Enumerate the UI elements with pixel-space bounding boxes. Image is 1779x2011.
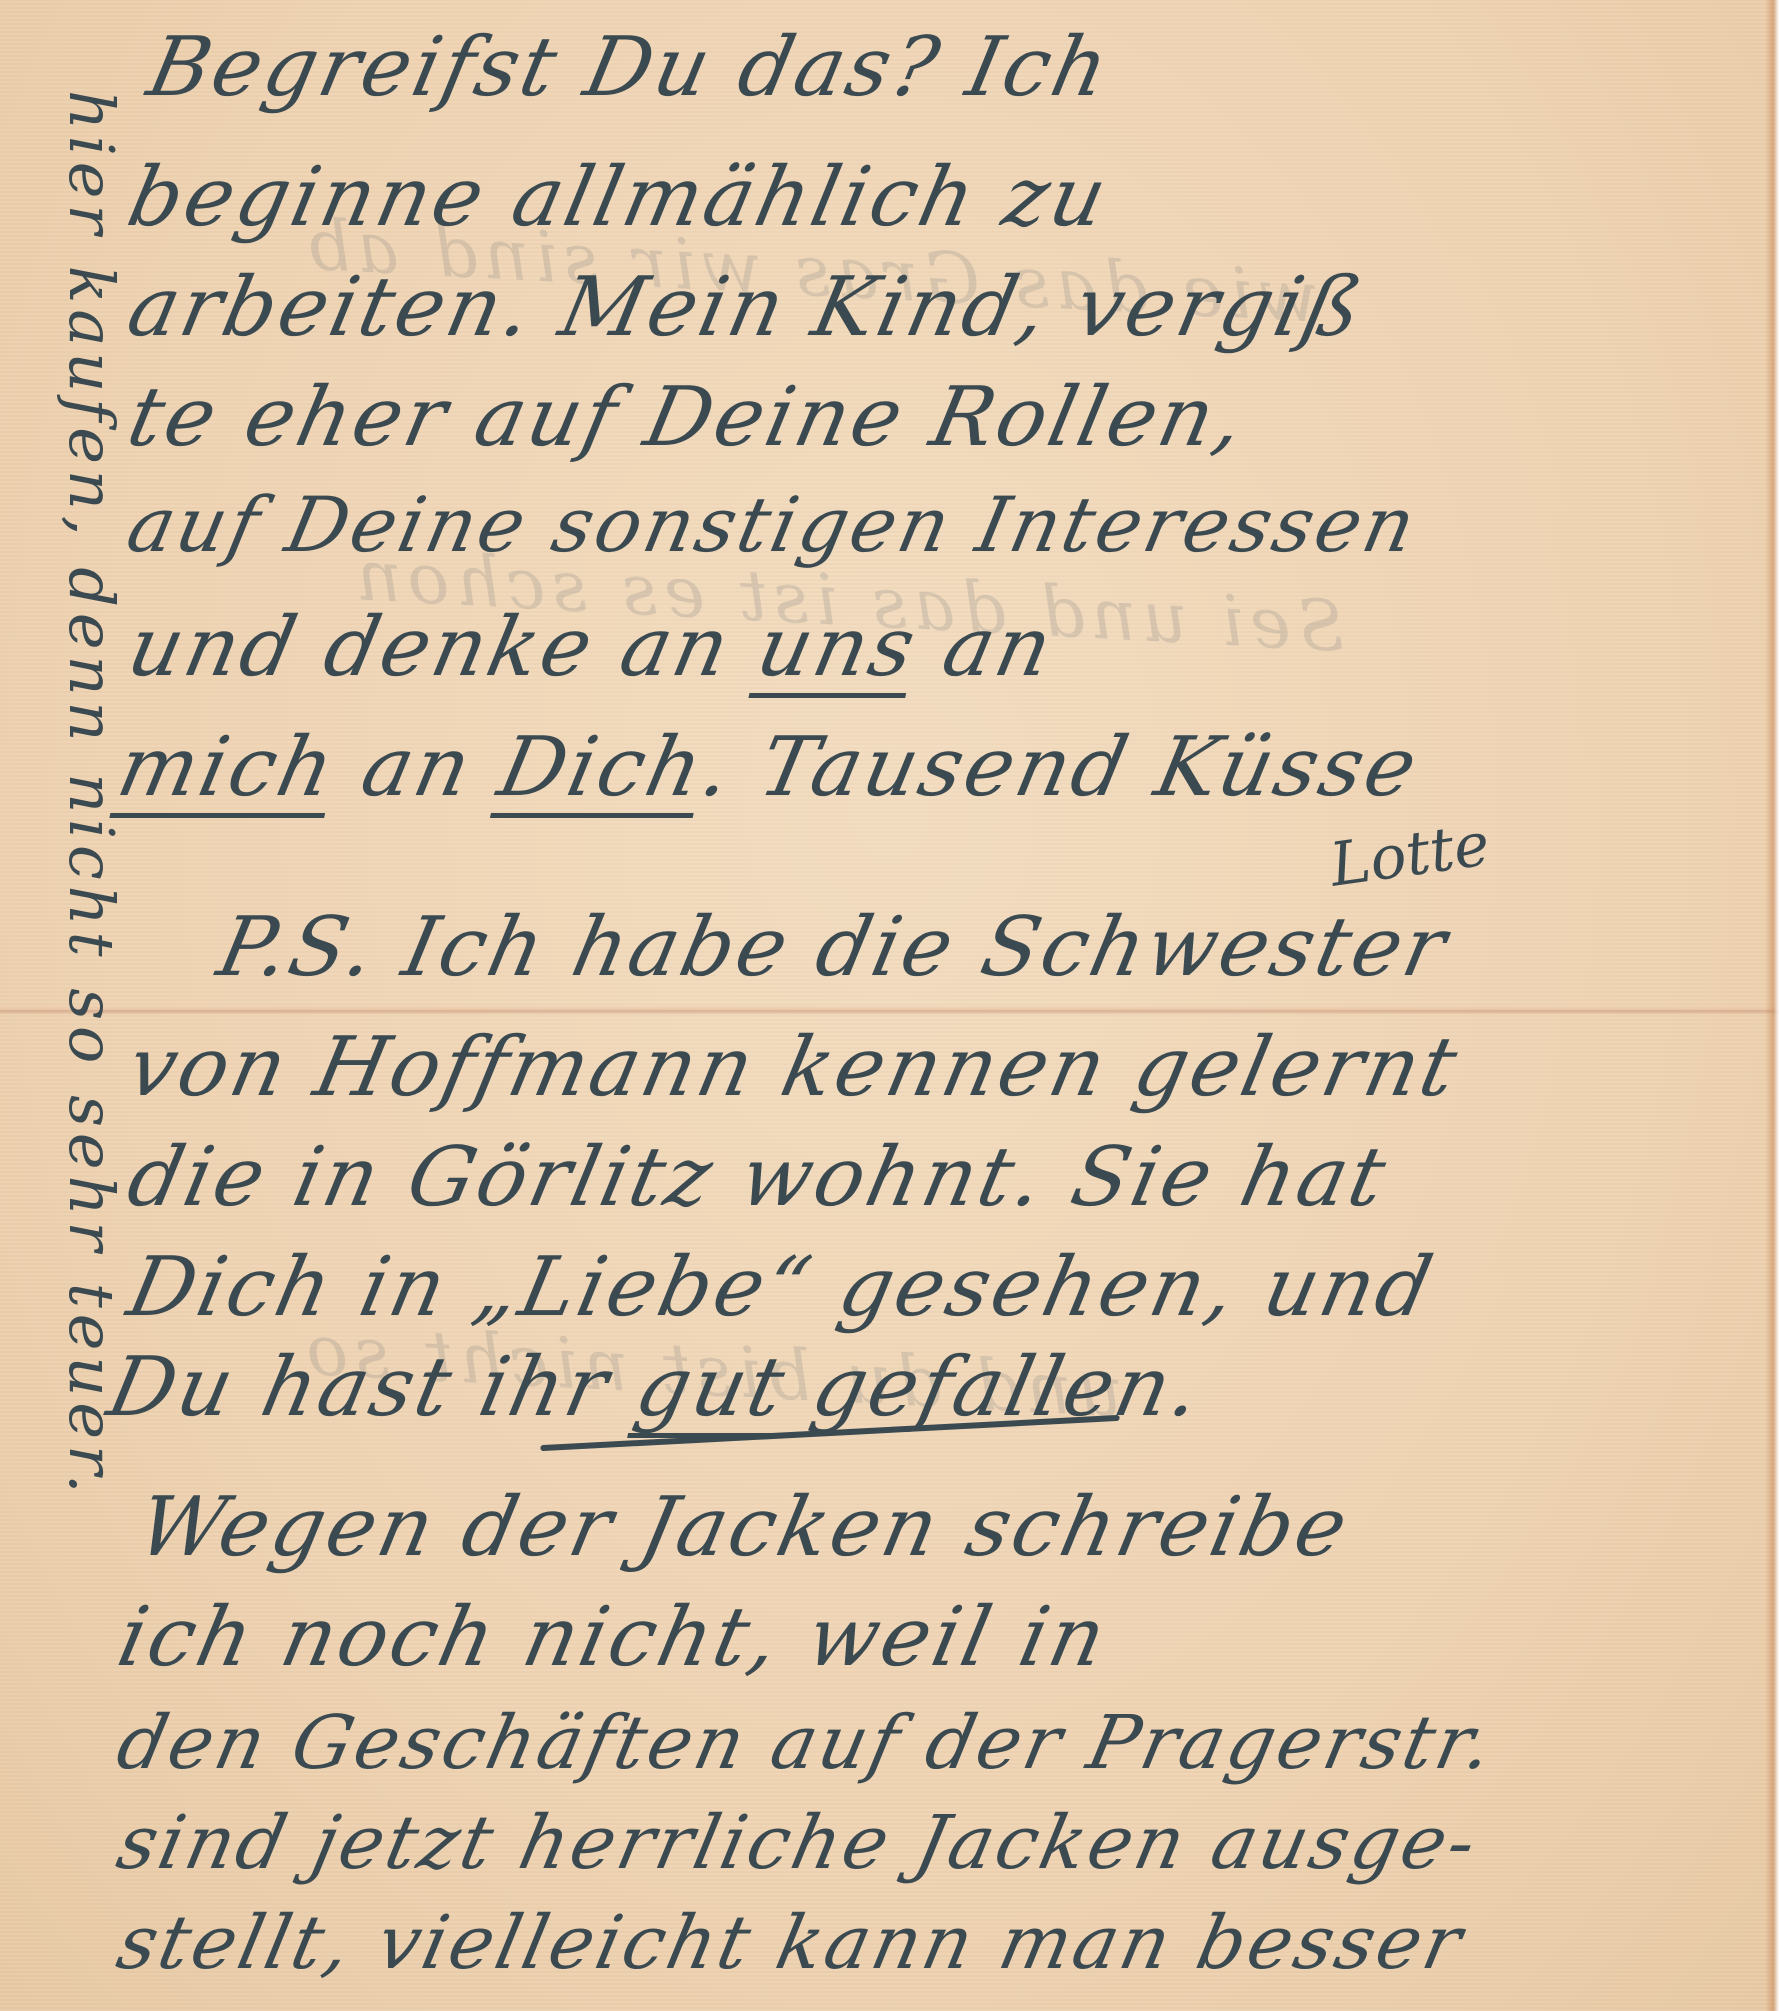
letter-line-5: auf Deine sonstigen Interessen bbox=[120, 480, 1426, 569]
letter-line-1: Begreifst Du das? Ich bbox=[140, 20, 1119, 115]
letter-line-3: arbeiten. Mein Kind, vergiß bbox=[120, 260, 1373, 355]
letter-line-15: den Geschäften auf der Pragerstr. bbox=[110, 1700, 1503, 1786]
line-text: an bbox=[906, 600, 1063, 695]
line-text: an bbox=[325, 720, 511, 815]
line-text: und denke an bbox=[120, 600, 769, 695]
torn-paper-edge bbox=[1765, 0, 1779, 2011]
line-text: Du hast ihr bbox=[100, 1340, 648, 1435]
letter-line-9: von Hoffmann kennen gelernt bbox=[120, 1020, 1468, 1115]
letter-line-4: te eher auf Deine Rollen, bbox=[120, 370, 1255, 465]
letter-line-10: die in Görlitz wohnt. Sie hat bbox=[120, 1130, 1396, 1225]
underlined-word: uns bbox=[749, 600, 926, 695]
letter-line-14: ich noch nicht, weil in bbox=[110, 1590, 1116, 1685]
paper-fold-line bbox=[0, 1005, 1779, 1015]
letter-line-7: mich an Dich. Tausend Küsse bbox=[110, 720, 1428, 815]
letter-page: wie das Gras wir sind ab Sei und das ist… bbox=[0, 0, 1779, 2011]
line-text: . Tausend Küsse bbox=[693, 720, 1427, 815]
margin-note-vertical: hier kaufen, denn nicht so sehr teuer. bbox=[55, 90, 128, 1990]
signature: Lotte bbox=[1326, 809, 1494, 901]
letter-line-2: beginne allmählich zu bbox=[120, 150, 1117, 245]
underlined-word: mich bbox=[110, 720, 345, 815]
letter-line-11: Dich in „Liebe“ gesehen, und bbox=[120, 1240, 1443, 1335]
letter-line-ps: P.S. Ich habe die Schwester bbox=[210, 900, 1457, 995]
letter-line-16: sind jetzt herrliche Jacken ausge- bbox=[110, 1800, 1486, 1886]
underlined-word: gut bbox=[628, 1340, 795, 1435]
underlined-word: Dich bbox=[491, 720, 714, 815]
letter-line-6: und denke an uns an bbox=[120, 600, 1063, 695]
letter-line-13: Wegen der Jacken schreibe bbox=[130, 1480, 1358, 1575]
letter-line-17: stellt, vielleicht kann man besser bbox=[110, 1900, 1472, 1986]
